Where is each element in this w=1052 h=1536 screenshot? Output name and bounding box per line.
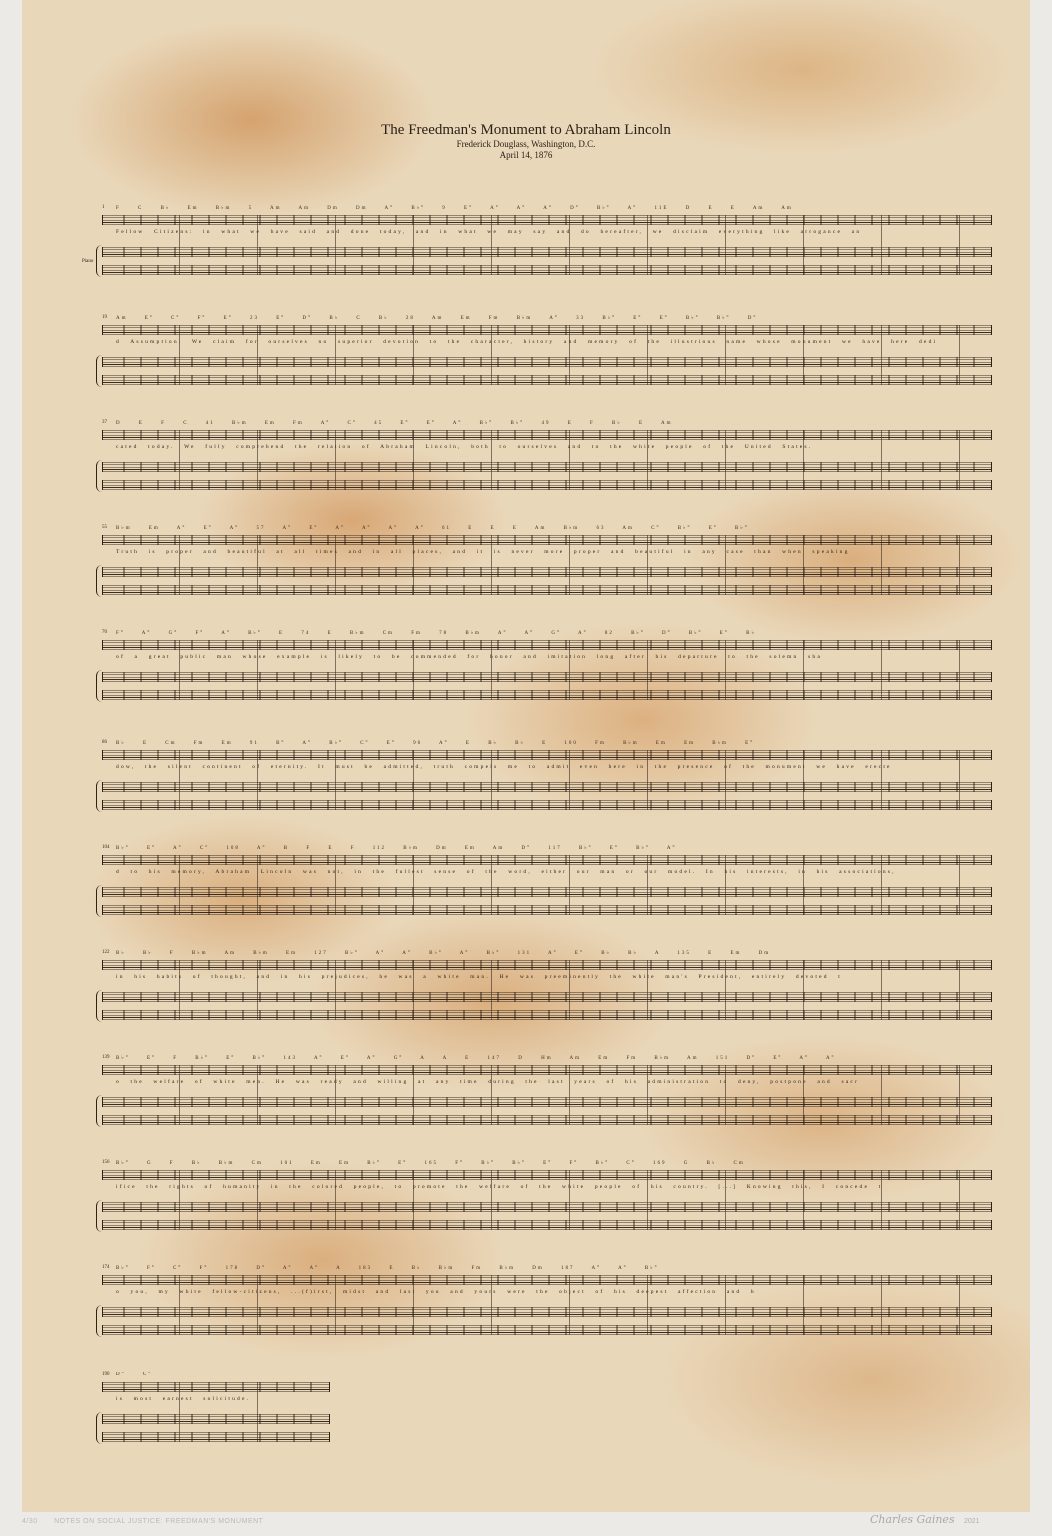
measure-number: 139 xyxy=(102,1055,110,1060)
edition-number: 4/30 xyxy=(22,1518,38,1525)
music-system: 19Am E° C° F° E° 23 E° D° B♭ C B♭ 28 Am … xyxy=(102,315,992,405)
music-system: 122B♭ B♭ F B♭m Am B♭m Em 127 B♭° A° A° B… xyxy=(102,950,992,1040)
score-header: The Freedman's Monument to Abraham Linco… xyxy=(22,122,1030,161)
chord-symbols: B♭ B♭ F B♭m Am B♭m Em 127 B♭° A° A° B♭° … xyxy=(116,950,992,959)
chord-symbols: D° C° xyxy=(116,1372,330,1381)
music-system: 139B♭° E° F B♭° E° B♭° 143 A° E° A° G° A… xyxy=(102,1055,992,1145)
barlines xyxy=(102,1275,992,1335)
chord-symbols: B♭° G F B♭ B♭m Cm 161 Em Em B♭° E° 165 F… xyxy=(116,1160,992,1169)
chord-symbols: Am E° C° F° E° 23 E° D° B♭ C B♭ 28 Am Em… xyxy=(116,315,992,324)
barlines xyxy=(102,535,992,595)
score-title: The Freedman's Monument to Abraham Linco… xyxy=(22,122,1030,139)
barlines xyxy=(102,750,992,810)
music-system: 190D° C°is most earnest solicitude. xyxy=(102,1372,330,1462)
barlines xyxy=(102,960,992,1020)
chord-symbols: B♭° E° F B♭° E° B♭° 143 A° E° A° G° A A … xyxy=(116,1055,992,1064)
measure-number: 86 xyxy=(102,740,107,745)
chord-symbols: D E F C 41 B♭m Em Fm A° C° 45 E° E° A° B… xyxy=(116,420,992,429)
barlines xyxy=(102,215,992,275)
score-sheet: The Freedman's Monument to Abraham Linco… xyxy=(22,0,1030,1512)
barlines xyxy=(102,1382,330,1442)
series-title: NOTES ON SOCIAL JUSTICE: FREEDMAN'S MONU… xyxy=(54,1518,263,1525)
measure-number: 104 xyxy=(102,845,110,850)
chord-symbols: F C B♭ Em B♭m 5 Am Am Dm Dm A° B♭° 9 E° … xyxy=(116,205,992,214)
music-system: 174B♭° F° C° F° 178 D° A° A° A 183 E B♭ … xyxy=(102,1265,992,1355)
measure-number: 70 xyxy=(102,630,107,635)
measure-number: 156 xyxy=(102,1160,110,1165)
score-subtitle: Frederick Douglass, Washington, D.C. xyxy=(22,139,1030,150)
music-system: 156B♭° G F B♭ B♭m Cm 161 Em Em B♭° E° 16… xyxy=(102,1160,992,1250)
chord-symbols: B♭m Em A° E° A° 57 A° E° A° A° A° A° 61 … xyxy=(116,525,992,534)
chord-symbols: B♭° E° A° C° 108 A° B F E F 112 B♭m Dm E… xyxy=(116,845,992,854)
score-date: April 14, 1876 xyxy=(22,150,1030,161)
barlines xyxy=(102,325,992,385)
measure-number: 190 xyxy=(102,1372,110,1377)
measure-number: 122 xyxy=(102,950,110,955)
measure-number: 37 xyxy=(102,420,107,425)
barlines xyxy=(102,640,992,700)
signature-year: 2021 xyxy=(964,1518,980,1525)
barlines xyxy=(102,430,992,490)
measure-number: 1 xyxy=(102,205,105,210)
music-system: 104B♭° E° A° C° 108 A° B F E F 112 B♭m D… xyxy=(102,845,992,935)
music-system: 1F C B♭ Em B♭m 5 Am Am Dm Dm A° B♭° 9 E°… xyxy=(102,205,992,295)
barlines xyxy=(102,1065,992,1125)
edition-caption: 4/30 NOTES ON SOCIAL JUSTICE: FREEDMAN'S… xyxy=(22,1518,263,1525)
measure-number: 174 xyxy=(102,1265,110,1270)
music-system: 86B♭ E Cm Fm Em 91 B° A° B♭° C° E° 96 A°… xyxy=(102,740,992,830)
measure-number: 55 xyxy=(102,525,107,530)
chord-symbols: F° A° G° F° A° B♭° E 74 E B♭m Cm Fm 78 B… xyxy=(116,630,992,639)
barlines xyxy=(102,855,992,915)
piano-label: Piano xyxy=(82,259,93,264)
music-system: 70F° A° G° F° A° B♭° E 74 E B♭m Cm Fm 78… xyxy=(102,630,992,720)
music-system: 37D E F C 41 B♭m Em Fm A° C° 45 E° E° A°… xyxy=(102,420,992,510)
measure-number: 19 xyxy=(102,315,107,320)
chord-symbols: B♭ E Cm Fm Em 91 B° A° B♭° C° E° 96 A° E… xyxy=(116,740,992,749)
music-system: 55B♭m Em A° E° A° 57 A° E° A° A° A° A° 6… xyxy=(102,525,992,615)
chord-symbols: B♭° F° C° F° 178 D° A° A° A 183 E B♭ B♭m… xyxy=(116,1265,992,1274)
barlines xyxy=(102,1170,992,1230)
artist-signature: Charles Gaines xyxy=(870,1513,955,1526)
